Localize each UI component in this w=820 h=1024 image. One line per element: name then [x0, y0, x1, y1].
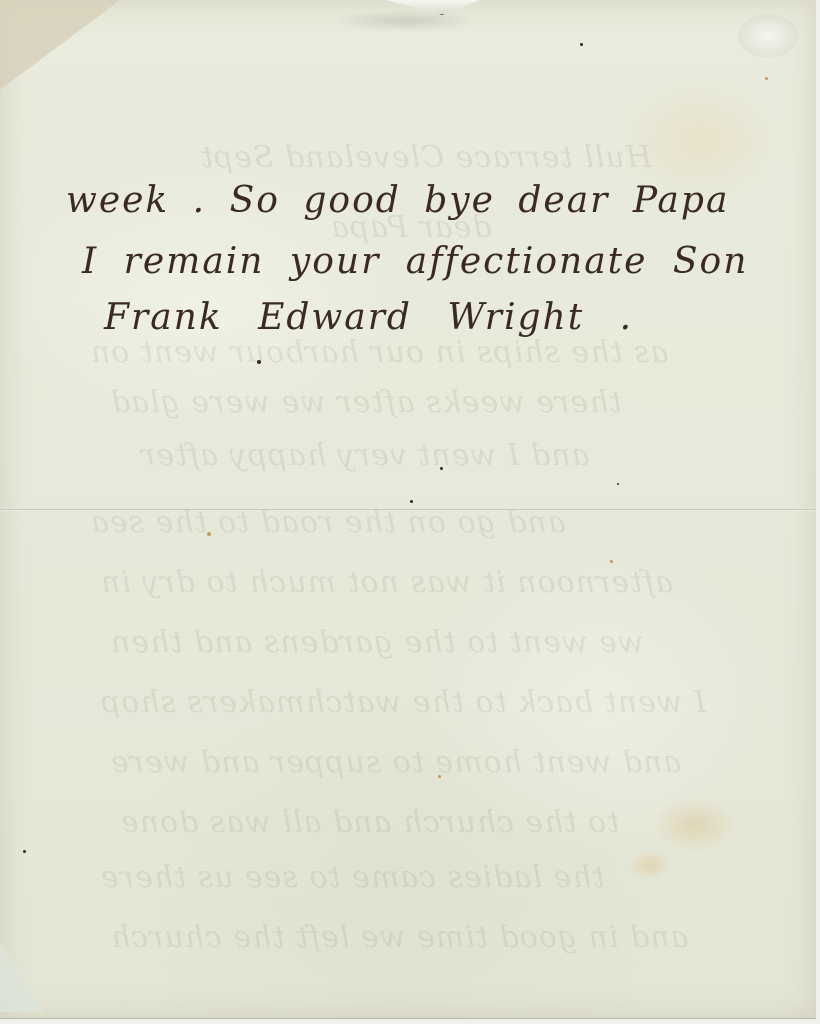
letter-body: week . So good bye dear Papa I remain yo…	[0, 0, 816, 1018]
letter-line-farewell: week . So good bye dear Papa	[66, 183, 729, 219]
letter-line-closing: I remain your affectionate Son	[82, 244, 748, 280]
letter-page: Hull terrace Cleveland Sept dear Papa as…	[0, 0, 817, 1019]
letter-signature: Frank Edward Wright .	[104, 300, 633, 336]
scan-margin	[816, 0, 820, 1024]
